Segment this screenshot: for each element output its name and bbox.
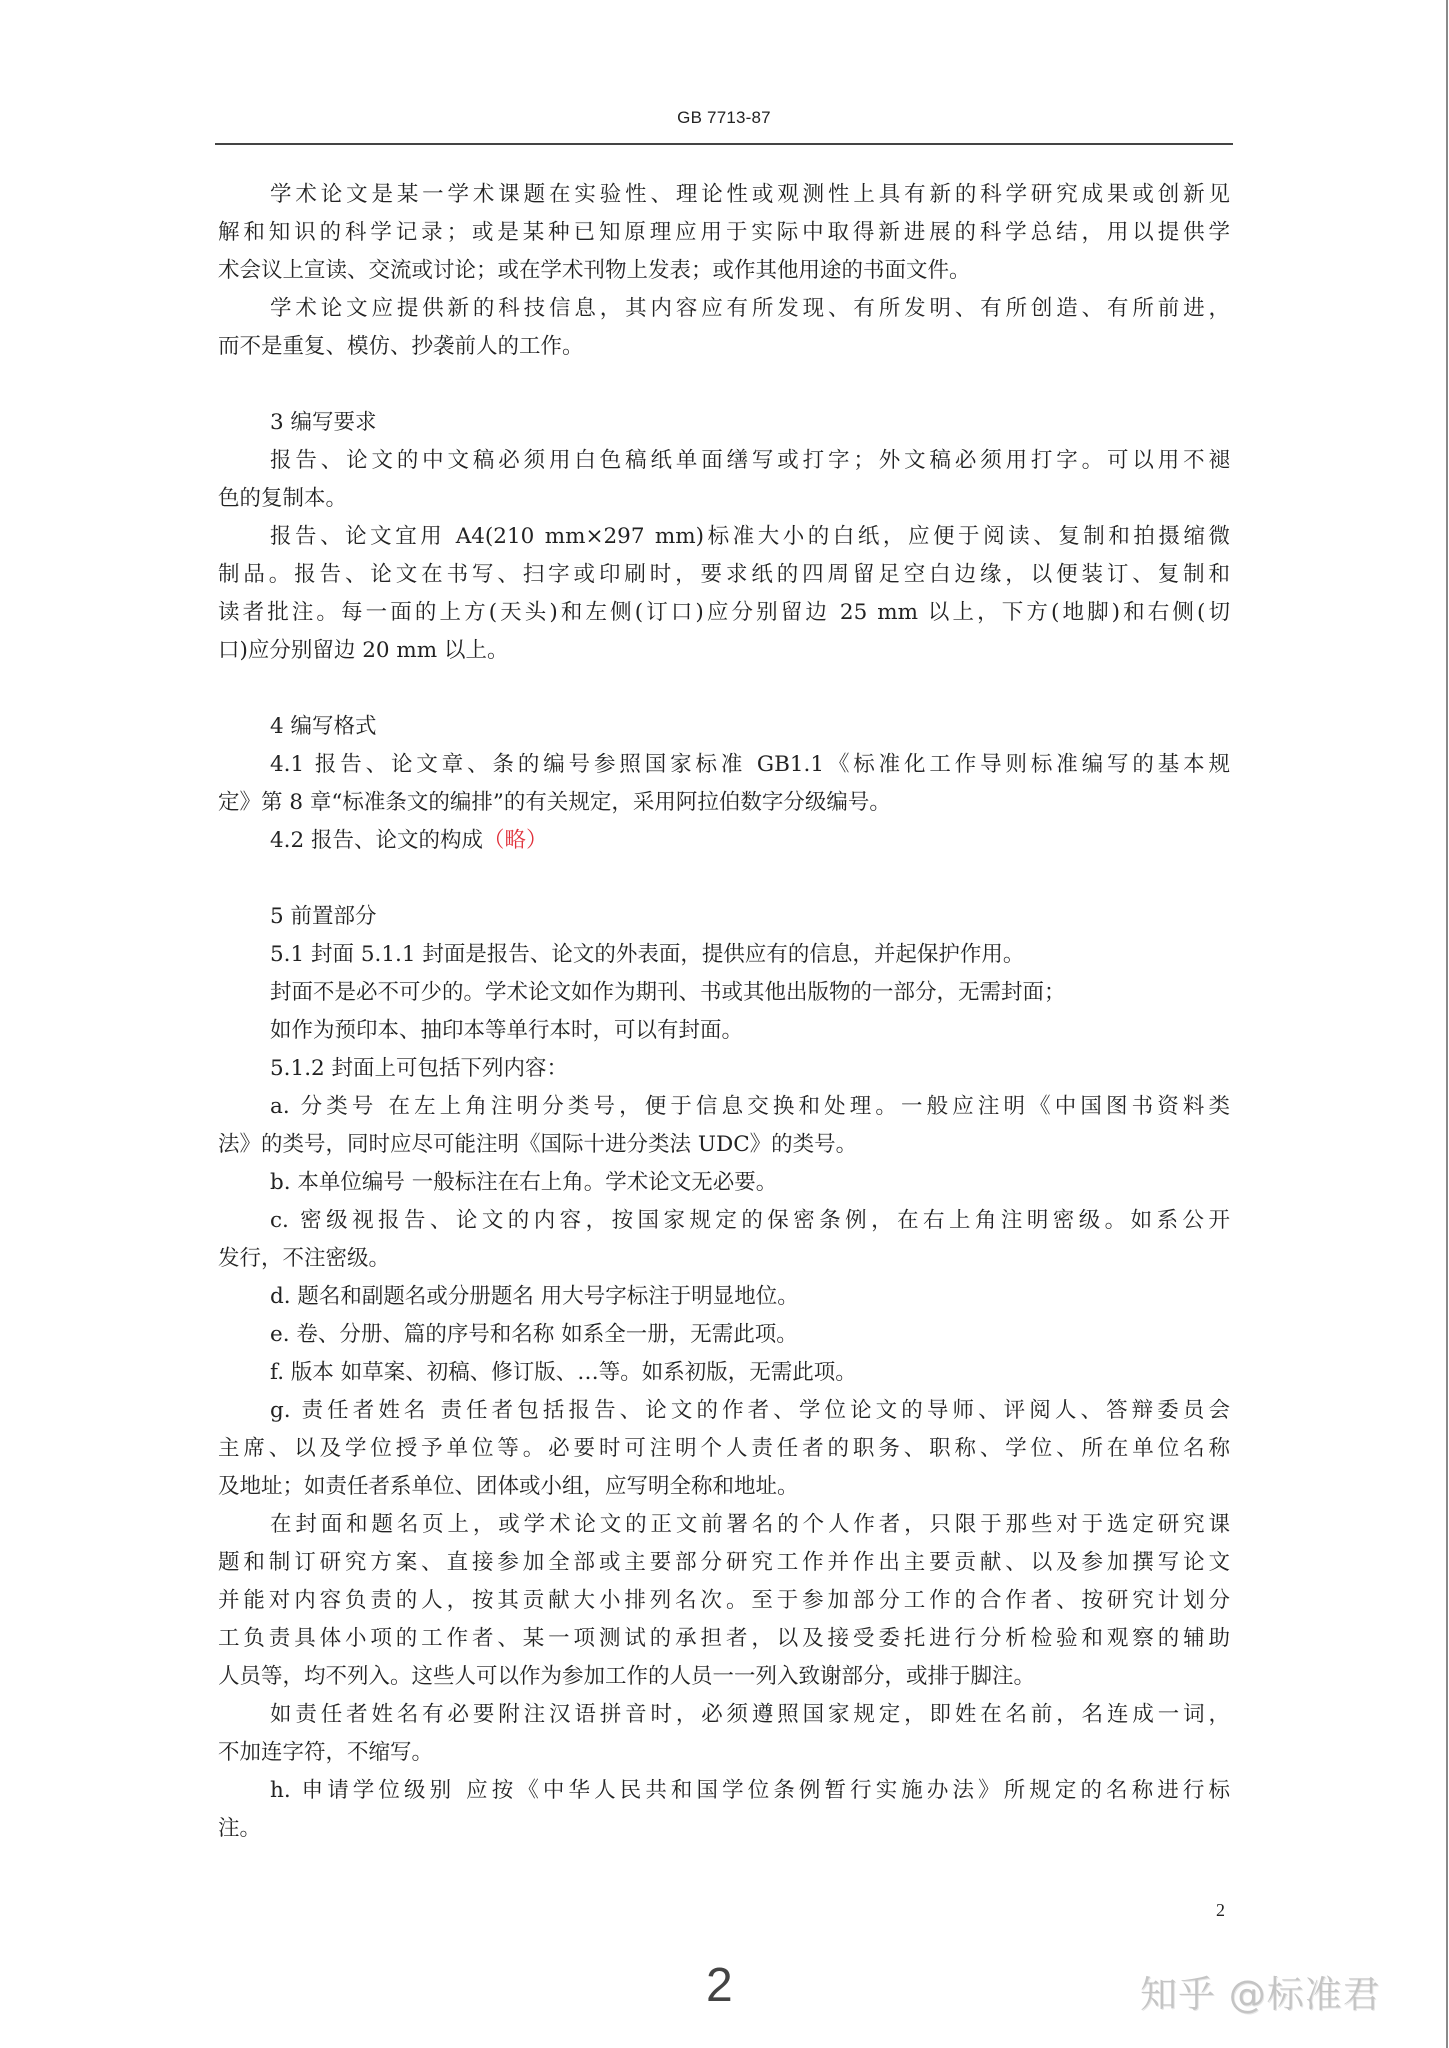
- clause-5-1: 5.1 封面 5.1.1 封面是报告、论文的外表面，提供应有的信息，并起保护作用…: [218, 936, 1230, 974]
- clause-4-1: 4.1 报告、论文章、条的编号参照国家标准 GB1.1《标准化工作导则标准编写的…: [218, 746, 1230, 822]
- page-edge-border: [1446, 0, 1448, 2048]
- text-line: 术会议上宣读、交流或讨论；或在学术刊物上发表；或作其他用途的书面文件。: [218, 252, 1230, 290]
- printed-page-number: 2: [1216, 1900, 1225, 1921]
- item-g-responsible-person: g. 责任者姓名 责任者包括报告、论文的作者、学位论文的导师、评阅人、答辩委员会…: [218, 1392, 1230, 1506]
- text-line: 如责任者姓名有必要附注汉语拼音时，必须遵照国家规定，即姓在名前，名连成一词，: [218, 1696, 1230, 1734]
- text-line: c. 密级视报告、论文的内容，按国家规定的保密条例，在右上角注明密级。如系公开: [218, 1202, 1230, 1240]
- text-line: 定》第 8 章“标准条文的编排”的有关规定，采用阿拉伯数字分级编号。: [218, 784, 1230, 822]
- blank-line: [218, 860, 1230, 898]
- item-c-security-level: c. 密级视报告、论文的内容，按国家规定的保密条例，在右上角注明密级。如系公开 …: [218, 1202, 1230, 1278]
- text-line: 4.1 报告、论文章、条的编号参照国家标准 GB1.1《标准化工作导则标准编写的…: [218, 746, 1230, 784]
- zhihu-watermark: 知乎 @标准君: [1140, 1964, 1381, 2018]
- text-line: 题和制订研究方案、直接参加全部或主要部分研究工作并作出主要贡献、以及参加撰写论文: [218, 1544, 1230, 1582]
- paragraph-definition: 学术论文是某一学术课题在实验性、理论性或观测性上具有新的科学研究成果或创新见 解…: [218, 176, 1230, 290]
- item-f-edition: f. 版本 如草案、初稿、修订版、…等。如系初版，无需此项。: [218, 1354, 1230, 1392]
- text-line: 口)应分别留边 20 mm 以上。: [218, 632, 1230, 670]
- text-line: 报告、论文的中文稿必须用白色稿纸单面缮写或打字；外文稿必须用打字。可以用不褪: [218, 442, 1230, 480]
- blank-line: [218, 670, 1230, 708]
- text-line: 封面不是必不可少的。学术论文如作为期刊、书或其他出版物的一部分，无需封面；: [218, 974, 1230, 1012]
- item-a-classification: a. 分类号 在左上角注明分类号，便于信息交换和处理。一般应注明《中国图书资料类…: [218, 1088, 1230, 1164]
- text-line: g. 责任者姓名 责任者包括报告、论文的作者、学位论文的导师、评阅人、答辩委员会: [218, 1392, 1230, 1430]
- paragraph-paper-size: 报告、论文宜用 A4(210 mm×297 mm)标准大小的白纸，应便于阅读、复…: [218, 518, 1230, 670]
- text-line: a. 分类号 在左上角注明分类号，便于信息交换和处理。一般应注明《中国图书资料类: [218, 1088, 1230, 1126]
- item-b-unit-number: b. 本单位编号 一般标注在右上角。学术论文无必要。: [218, 1164, 1230, 1202]
- text-line: 工负责具体小项的工作者、某一项测试的承担者，以及接受委托进行分析检验和观察的辅助: [218, 1620, 1230, 1658]
- paragraph-pinyin: 如责任者姓名有必要附注汉语拼音时，必须遵照国家规定，即姓在名前，名连成一词， 不…: [218, 1696, 1230, 1772]
- text-line: 如作为预印本、抽印本等单行本时，可以有封面。: [218, 1012, 1230, 1050]
- section-heading-5: 5 前置部分: [218, 898, 1230, 936]
- text-line: 学术论文应提供新的科技信息，其内容应有所发现、有所发明、有所创造、有所前进，: [218, 290, 1230, 328]
- paragraph-novelty: 学术论文应提供新的科技信息，其内容应有所发现、有所发明、有所创造、有所前进， 而…: [218, 290, 1230, 366]
- text-line: 而不是重复、模仿、抄袭前人的工作。: [218, 328, 1230, 366]
- text-line: 并能对内容负责的人，按其贡献大小排列名次。至于参加部分工作的合作者、按研究计划分: [218, 1582, 1230, 1620]
- text-line: 解和知识的科学记录；或是某种已知原理应用于实际中取得新进展的科学总结，用以提供学: [218, 214, 1230, 252]
- paragraph-authors: 在封面和题名页上，或学术论文的正文前署名的个人作者，只限于那些对于选定研究课 题…: [218, 1506, 1230, 1696]
- text-line: 不加连字符，不缩写。: [218, 1734, 1230, 1772]
- text-line: 在封面和题名页上，或学术论文的正文前署名的个人作者，只限于那些对于选定研究课: [218, 1506, 1230, 1544]
- document-body: 学术论文是某一学术课题在实验性、理论性或观测性上具有新的科学研究成果或创新见 解…: [218, 176, 1230, 1848]
- item-d-title: d. 题名和副题名或分册题名 用大号字标注于明显地位。: [218, 1278, 1230, 1316]
- clause-4-2: 4.2 报告、论文的构成（略）: [218, 822, 1230, 860]
- section-heading-4: 4 编写格式: [218, 708, 1230, 746]
- text-line: 读者批注。每一面的上方(天头)和左侧(订口)应分别留边 25 mm 以上，下方(…: [218, 594, 1230, 632]
- text-line: 人员等，均不列入。这些人可以作为参加工作的人员一一列入致谢部分，或排于脚注。: [218, 1658, 1230, 1696]
- text-line: 色的复制本。: [218, 480, 1230, 518]
- clause-5-1-2: 5.1.2 封面上可包括下列内容：: [218, 1050, 1230, 1088]
- omitted-note: （略）: [483, 828, 548, 853]
- item-h-degree-level: h. 申请学位级别 应按《中华人民共和国学位条例暂行实施办法》所规定的名称进行标…: [218, 1772, 1230, 1848]
- blank-line: [218, 366, 1230, 404]
- viewer-page-number: 2: [706, 1958, 733, 2013]
- paragraph-manuscript: 报告、论文的中文稿必须用白色稿纸单面缮写或打字；外文稿必须用打字。可以用不褪 色…: [218, 442, 1230, 518]
- text-line: 发行，不注密级。: [218, 1240, 1230, 1278]
- text-line: 主席、以及学位授予单位等。必要时可注明个人责任者的职务、职称、学位、所在单位名称: [218, 1430, 1230, 1468]
- text-line: 及地址；如责任者系单位、团体或小组，应写明全称和地址。: [218, 1468, 1230, 1506]
- header-rule: [215, 143, 1233, 145]
- text-line: 报告、论文宜用 A4(210 mm×297 mm)标准大小的白纸，应便于阅读、复…: [218, 518, 1230, 556]
- text-line: h. 申请学位级别 应按《中华人民共和国学位条例暂行实施办法》所规定的名称进行标: [218, 1772, 1230, 1810]
- clause-4-2-text: 4.2 报告、论文的构成: [270, 828, 483, 853]
- text-line: 学术论文是某一学术课题在实验性、理论性或观测性上具有新的科学研究成果或创新见: [218, 176, 1230, 214]
- section-heading-3: 3 编写要求: [218, 404, 1230, 442]
- text-line: 制品。报告、论文在书写、扫字或印刷时，要求纸的四周留足空白边缘，以便装订、复制和: [218, 556, 1230, 594]
- standard-code-header: GB 7713-87: [215, 108, 1233, 128]
- text-line: 法》的类号，同时应尽可能注明《国际十进分类法 UDC》的类号。: [218, 1126, 1230, 1164]
- item-e-volume: e. 卷、分册、篇的序号和名称 如系全一册，无需此项。: [218, 1316, 1230, 1354]
- text-line: 注。: [218, 1810, 1230, 1848]
